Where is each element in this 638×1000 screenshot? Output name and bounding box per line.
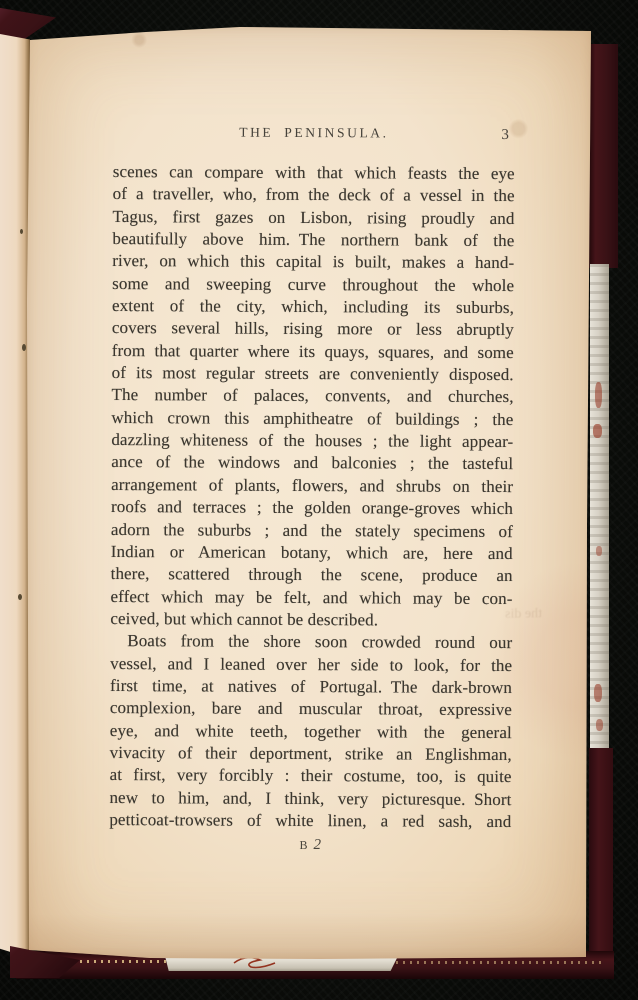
- text-line: of its most regular streets are convenie…: [112, 362, 514, 386]
- text-line: arrangement of plants, flowers, and shru…: [111, 474, 513, 498]
- text-line: petticoat-trowsers of white linen, a red…: [109, 809, 511, 833]
- marble-vein: [594, 684, 602, 702]
- leather-cover-edge-right-bottom: [589, 748, 613, 960]
- text-line: from that quarter where its quays, squar…: [112, 340, 514, 364]
- text-line: of a traveller, who, from the deck of a …: [113, 183, 515, 207]
- marble-vein: [596, 719, 603, 731]
- text-line: eye, and white teeth, together with the …: [110, 720, 512, 744]
- text-line: some and sweeping curve throughout the w…: [112, 273, 514, 297]
- marble-vein: [596, 546, 602, 556]
- gilt-tooling-dots: [396, 961, 606, 964]
- text-line: effect which may be felt, and which may …: [110, 586, 512, 610]
- running-head-title: THE PENINSULA.: [239, 125, 388, 141]
- leather-cover-edge-right-top: [588, 44, 618, 268]
- text-line: river, on which this capital is built, m…: [112, 250, 514, 274]
- text-line: there, scattered through the scene, prod…: [111, 563, 513, 587]
- text-line: extent of the city, which, including its…: [112, 295, 514, 319]
- text-line: covers several hills, rising more or les…: [112, 317, 514, 341]
- facing-page-gutter: [0, 34, 30, 958]
- text-line: vessel, and I leaned over her side to lo…: [110, 653, 512, 677]
- book-photograph: the dis THE PENINSULA. 3 scenes can comp…: [0, 0, 638, 1000]
- text-line: vivacity of their deportment, strike an …: [110, 742, 512, 766]
- text-line: Tagus, first gazes on Lisbon, rising pro…: [112, 206, 514, 230]
- text-line: scenes can compare with that which feast…: [113, 161, 515, 185]
- text-line: complexion, bare and muscular throat, ex…: [110, 697, 512, 721]
- text-line: ance of the windows and balconies ; the …: [111, 451, 513, 475]
- printed-text-area: THE PENINSULA. 3 scenes can compare with…: [109, 124, 515, 855]
- text-line: new to him, and, I think, very picturesq…: [109, 787, 511, 811]
- text-line: adorn the suburbs ; and the stately spec…: [111, 518, 513, 542]
- signature-number: 2: [313, 837, 321, 853]
- text-line: beautifully above him. The northern bank…: [112, 228, 514, 252]
- printers-signature: B2: [109, 835, 511, 855]
- foxing-speck: [22, 344, 26, 351]
- marble-vein: [593, 424, 602, 438]
- foxing-speck: [18, 594, 22, 600]
- text-line: roofs and terraces ; the golden orange-g…: [111, 496, 513, 520]
- text-line: ceived, but which cannot be described.: [110, 608, 512, 632]
- text-line: dazzling whiteness of the houses ; the l…: [111, 429, 513, 453]
- page-number: 3: [501, 127, 509, 144]
- body-text: scenes can compare with that which feast…: [109, 161, 515, 833]
- text-line: first time, at natives of Portugal. The …: [110, 675, 512, 699]
- text-line: which crown this amphitheatre of buildin…: [111, 407, 513, 431]
- marble-vein: [595, 382, 602, 408]
- running-head: THE PENINSULA. 3: [113, 124, 515, 150]
- foxing-speck: [20, 229, 23, 234]
- marbled-fore-edge-right: [590, 264, 609, 750]
- text-line: The number of palaces, convents, and chu…: [112, 384, 514, 408]
- text-line: Indian or American botany, which are, he…: [111, 541, 513, 565]
- signature-letter: B: [299, 838, 308, 852]
- text-line: at first, very forcibly : their costume,…: [110, 764, 512, 788]
- text-line: Boats from the shore soon crowded round …: [110, 630, 512, 654]
